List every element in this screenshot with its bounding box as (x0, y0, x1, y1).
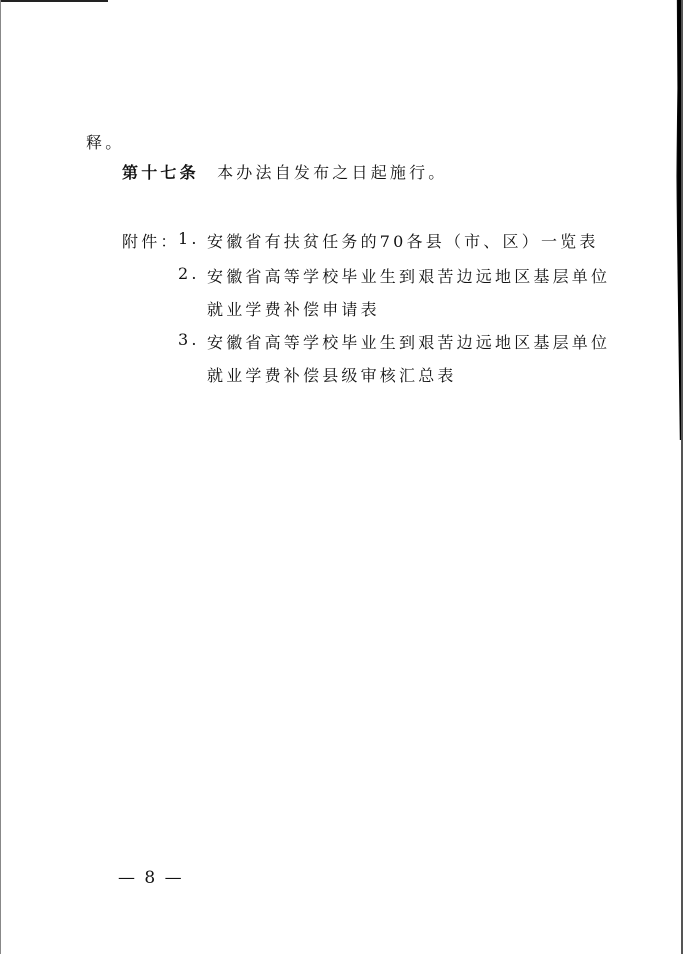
attachment-3-line-2: 就业学费补偿县级审核汇总表 (207, 363, 457, 386)
article-17: 第十七条 本办法自发布之日起施行。 (122, 160, 448, 183)
attachment-1-num: 1. (178, 229, 200, 248)
attachment-1-line-1: 安徽省有扶贫任务的70各县（市、区）一览表 (207, 229, 599, 252)
attachments-label: 附件： (122, 229, 180, 252)
page-number: — 8 — (118, 868, 184, 888)
scan-top-edge (0, 0, 108, 2)
article-heading: 第十七条 (122, 163, 199, 182)
attachment-2-line-1: 安徽省高等学校毕业生到艰苦边远地区基层单位 (207, 264, 610, 287)
article-text: 本办法自发布之日起施行。 (217, 163, 447, 182)
attachment-3-line-1: 安徽省高等学校毕业生到艰苦边远地区基层单位 (207, 330, 610, 353)
continuation-text: 释。 (86, 130, 124, 153)
scan-left-edge (0, 0, 1, 954)
attachment-2-line-2: 就业学费补偿申请表 (207, 297, 380, 320)
attachment-3-num: 3. (178, 330, 200, 349)
attachment-2-num: 2. (178, 264, 200, 283)
